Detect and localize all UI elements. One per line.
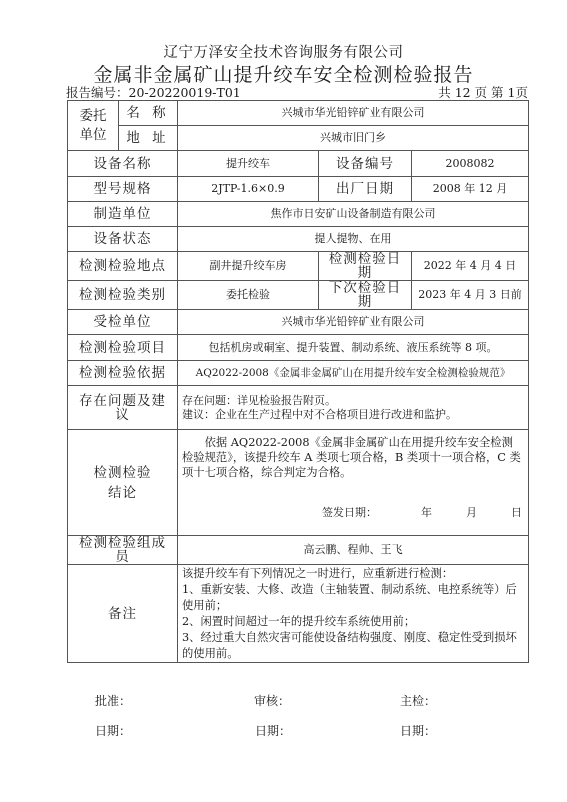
- approve-label: 批准：: [95, 692, 131, 709]
- equip-no-label: 设备编号: [319, 151, 412, 177]
- mfg-date-label: 出厂日期: [319, 177, 412, 202]
- remark-line: 2、闲置时间超过一年的提升绞车系统使用前；: [182, 614, 524, 630]
- equip-name: 提升绞车: [178, 151, 319, 177]
- chief-date-label: 日期：: [400, 722, 436, 739]
- conclusion: 依据 AQ2022-2008《金属非金属矿山在用提升绞车安全检测检验规范》，该提…: [178, 430, 529, 536]
- issues-suggestion: 建议：企业在生产过程中对不合格项目进行改进和监护。: [182, 408, 524, 422]
- client-address: 兴城市旧门乡: [178, 126, 529, 151]
- report-meta: 报告编号：20-20220019-T01 共 12 页 第 1页: [66, 83, 528, 99]
- client-label: 委托单位: [68, 101, 119, 151]
- chief-inspector-label: 主检：: [400, 692, 436, 709]
- inspected-unit-label: 受检单位: [68, 310, 178, 335]
- category-label: 检测检验类别: [68, 281, 178, 310]
- report-number: 报告编号：20-20220019-T01: [66, 83, 241, 101]
- sign-date-label: 签发日期：: [322, 506, 377, 520]
- conclusion-label: 检测检验 结论: [68, 430, 178, 536]
- conclusion-label-line1: 检测检验: [72, 463, 173, 483]
- table-row: 检测检验依据 AQ2022-2008《金属非金属矿山在用提升绞车安全检测检验规范…: [68, 361, 529, 386]
- review-label: 审核：: [254, 692, 290, 709]
- remark-line: 1、重新安装、大修、改造（主轴装置、制动系统、电控系统等）后使用前；: [182, 582, 524, 614]
- next-date: 2023 年 4 月 3 日前: [412, 281, 529, 310]
- page-count: 共 12 页 第 1页: [438, 83, 528, 101]
- conclusion-label-line2: 结论: [72, 483, 173, 503]
- items-label: 检测检验项目: [68, 335, 178, 361]
- inspect-date: 2022 年 4 月 4 日: [412, 252, 529, 281]
- report-table: 委托单位 名 称 兴城市华光铅锌矿业有限公司 地 址 兴城市旧门乡 设备名称 提…: [67, 100, 529, 663]
- table-row: 设备名称 提升绞车 设备编号 2008082: [68, 151, 529, 177]
- remarks-label: 备注: [68, 565, 178, 663]
- client-name: 兴城市华光铅锌矿业有限公司: [178, 101, 529, 126]
- table-row: 制造单位 焦作市日安矿山设备制造有限公司: [68, 202, 529, 227]
- client-address-label: 地 址: [119, 126, 178, 151]
- category: 委托检验: [178, 281, 319, 310]
- sign-year: 年: [421, 506, 432, 520]
- table-row: 委托单位 名 称 兴城市华光铅锌矿业有限公司: [68, 101, 529, 126]
- sign-day: 日: [511, 506, 522, 520]
- next-date-label: 下次检验日期: [319, 281, 412, 310]
- table-row: 检测检验组成员 高云鹏、程帅、王飞: [68, 536, 529, 565]
- inspect-date-label: 检测检验日期: [319, 252, 412, 281]
- status: 提人提物、在用: [178, 227, 529, 252]
- team: 高云鹏、程帅、王飞: [178, 536, 529, 565]
- inspected-unit: 兴城市华光铅锌矿业有限公司: [178, 310, 529, 335]
- table-row: 检测检验 结论 依据 AQ2022-2008《金属非金属矿山在用提升绞车安全检测…: [68, 430, 529, 536]
- manufacturer: 焦作市日安矿山设备制造有限公司: [178, 202, 529, 227]
- table-row: 受检单位 兴城市华光铅锌矿业有限公司: [68, 310, 529, 335]
- remarks: 该提升绞车有下列情况之一时进行，应重新进行检测： 1、重新安装、大修、改造（主轴…: [178, 565, 529, 663]
- table-row: 检测检验项目 包括机房或硐室、提升装置、制动系统、液压系统等 8 项。: [68, 335, 529, 361]
- issues: 存在问题：详见检验报告附页。 建议：企业在生产过程中对不合格项目进行改进和监护。: [178, 386, 529, 430]
- report-number-value: 20-20220019-T01: [129, 85, 241, 100]
- location: 副井提升绞车房: [178, 252, 319, 281]
- items: 包括机房或硐室、提升装置、制动系统、液压系统等 8 项。: [178, 335, 529, 361]
- table-row: 检测检验地点 副井提升绞车房 检测检验日期 2022 年 4 月 4 日: [68, 252, 529, 281]
- status-label: 设备状态: [68, 227, 178, 252]
- table-row: 设备状态 提人提物、在用: [68, 227, 529, 252]
- equip-name-label: 设备名称: [68, 151, 178, 177]
- team-label: 检测检验组成员: [68, 536, 178, 565]
- table-row: 型号规格 2JTP-1.6×0.9 出厂日期 2008 年 12 月: [68, 177, 529, 202]
- approve-date-label: 日期：: [95, 722, 131, 739]
- location-label: 检测检验地点: [68, 252, 178, 281]
- conclusion-text: 依据 AQ2022-2008《金属非金属矿山在用提升绞车安全检测检验规范》，该提…: [182, 435, 524, 480]
- remark-line: 3、经过重大自然灾害可能使设备结构强度、刚度、稳定性受到损坏的使用前。: [182, 630, 524, 662]
- sign-date: 签发日期： 年 月 日: [182, 506, 524, 520]
- table-row: 备注 该提升绞车有下列情况之一时进行，应重新进行检测： 1、重新安装、大修、改造…: [68, 565, 529, 663]
- table-row: 检测检验类别 委托检验 下次检验日期 2023 年 4 月 3 日前: [68, 281, 529, 310]
- remark-line: 该提升绞车有下列情况之一时进行，应重新进行检测：: [182, 566, 524, 582]
- company-name: 辽宁万泽安全技术咨询服务有限公司: [0, 41, 567, 62]
- report-number-label: 报告编号：: [66, 85, 129, 100]
- model: 2JTP-1.6×0.9: [178, 177, 319, 202]
- model-label: 型号规格: [68, 177, 178, 202]
- basis: AQ2022-2008《金属非金属矿山在用提升绞车安全检测检验规范》: [178, 361, 529, 386]
- issues-problem: 存在问题：详见检验报告附页。: [182, 394, 524, 408]
- client-name-label: 名 称: [119, 101, 178, 126]
- manufacturer-label: 制造单位: [68, 202, 178, 227]
- issues-label: 存在问题及建议: [68, 386, 178, 430]
- sign-month: 月: [466, 506, 477, 520]
- equip-no: 2008082: [412, 151, 529, 177]
- table-row: 地 址 兴城市旧门乡: [68, 126, 529, 151]
- client-label-text: 委托单位: [79, 107, 107, 145]
- table-row: 存在问题及建议 存在问题：详见检验报告附页。 建议：企业在生产过程中对不合格项目…: [68, 386, 529, 430]
- mfg-date: 2008 年 12 月: [412, 177, 529, 202]
- review-date-label: 日期：: [255, 722, 291, 739]
- basis-label: 检测检验依据: [68, 361, 178, 386]
